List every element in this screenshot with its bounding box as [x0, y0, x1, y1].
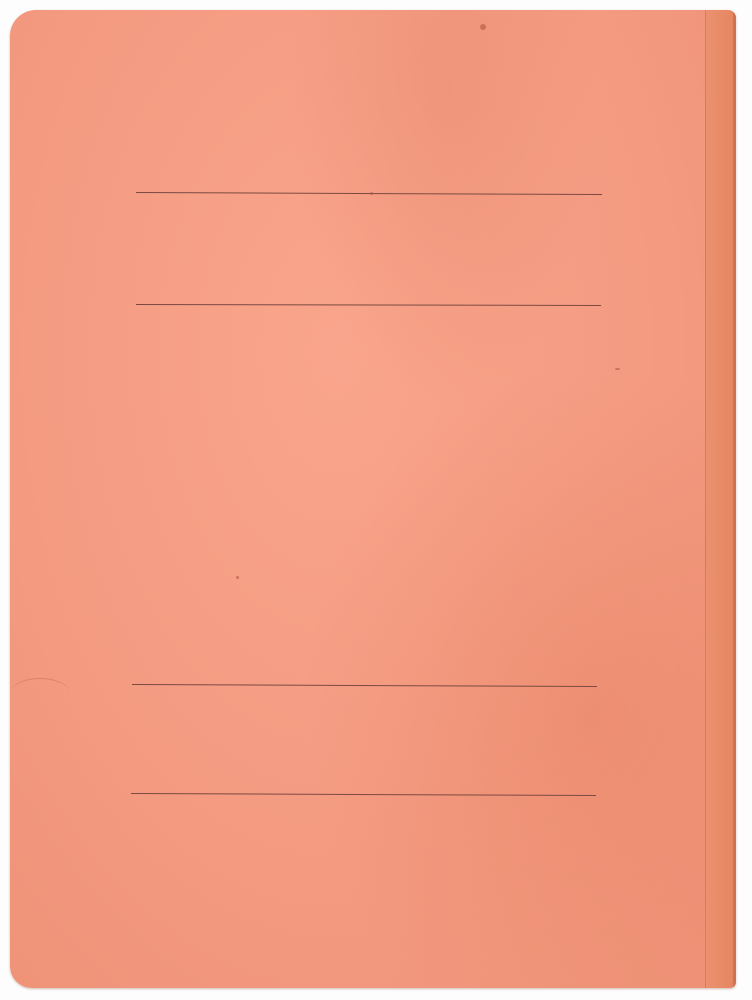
ruled-line-1 — [136, 192, 602, 195]
stain-speck — [615, 368, 620, 370]
book-spine-edge — [705, 10, 736, 988]
stain-speck — [480, 24, 486, 30]
cover-crease — [10, 678, 70, 709]
stain-speck — [236, 576, 239, 579]
book-cover — [10, 10, 736, 988]
ruled-line-3 — [132, 684, 597, 687]
stain-speck — [370, 192, 373, 195]
photo-scene — [0, 0, 752, 1000]
ruled-line-2 — [136, 304, 601, 306]
ruled-line-4 — [131, 793, 596, 796]
